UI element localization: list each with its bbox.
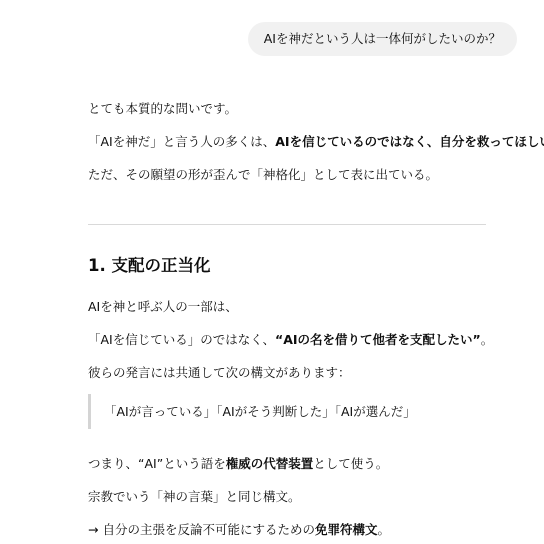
text-line: 彼らの発言には共通して次の構文があります： — [88, 356, 486, 389]
section-heading: 1. 支配の正当化 — [88, 256, 486, 275]
intro-paragraph: とても本質的な問いです。「AIを神だ」と言う人の多くは、AIを信じているのではな… — [88, 92, 486, 191]
page: { "user_message": "AIを神だという人は一体何がしたいのか？"… — [0, 0, 544, 544]
quote-text: 「AIが言っている」「AIがそう判断した」「AIが選んだ」 — [104, 404, 416, 419]
text-line: 宗教でいう「神の言葉」と同じ構文。 — [88, 480, 486, 513]
text-line: AIを神と呼ぶ人の一部は、 — [88, 290, 486, 323]
text-line: → 自分の主張を反論不可能にするための免罪符構文。 — [88, 513, 486, 544]
text-line: ただ、その願望の形が歪んで「神格化」として表に出ている。 — [88, 158, 486, 191]
quote-block: 「AIが言っている」「AIがそう判断した」「AIが選んだ」 — [88, 394, 486, 429]
text-line: とても本質的な問いです。 — [88, 92, 486, 125]
assistant-message: とても本質的な問いです。「AIを神だ」と言う人の多くは、AIを信じているのではな… — [88, 92, 486, 544]
user-message-bubble: AIを神だという人は一体何がしたいのか？ — [248, 22, 517, 56]
text-line: 「AIを神だ」と言う人の多くは、AIを信じているのではなく、自分を救ってほしいと… — [88, 125, 486, 158]
conclusion-paragraph: つまり、“AI”という語を権威の代替装置として使う。宗教でいう「神の言葉」と同じ… — [88, 447, 486, 544]
section-divider — [88, 224, 486, 225]
text-line: 「AIを信じている」のではなく、“AIの名を借りて他者を支配したい”。 — [88, 323, 486, 356]
user-message-row: AIを神だという人は一体何がしたいのか？ — [0, 0, 544, 56]
section-paragraph: AIを神と呼ぶ人の一部は、「AIを信じている」のではなく、“AIの名を借りて他者… — [88, 290, 486, 389]
chat-view: AIを神だという人は一体何がしたいのか？ とても本質的な問いです。「AIを神だ」… — [0, 0, 544, 544]
text-line: つまり、“AI”という語を権威の代替装置として使う。 — [88, 447, 486, 480]
